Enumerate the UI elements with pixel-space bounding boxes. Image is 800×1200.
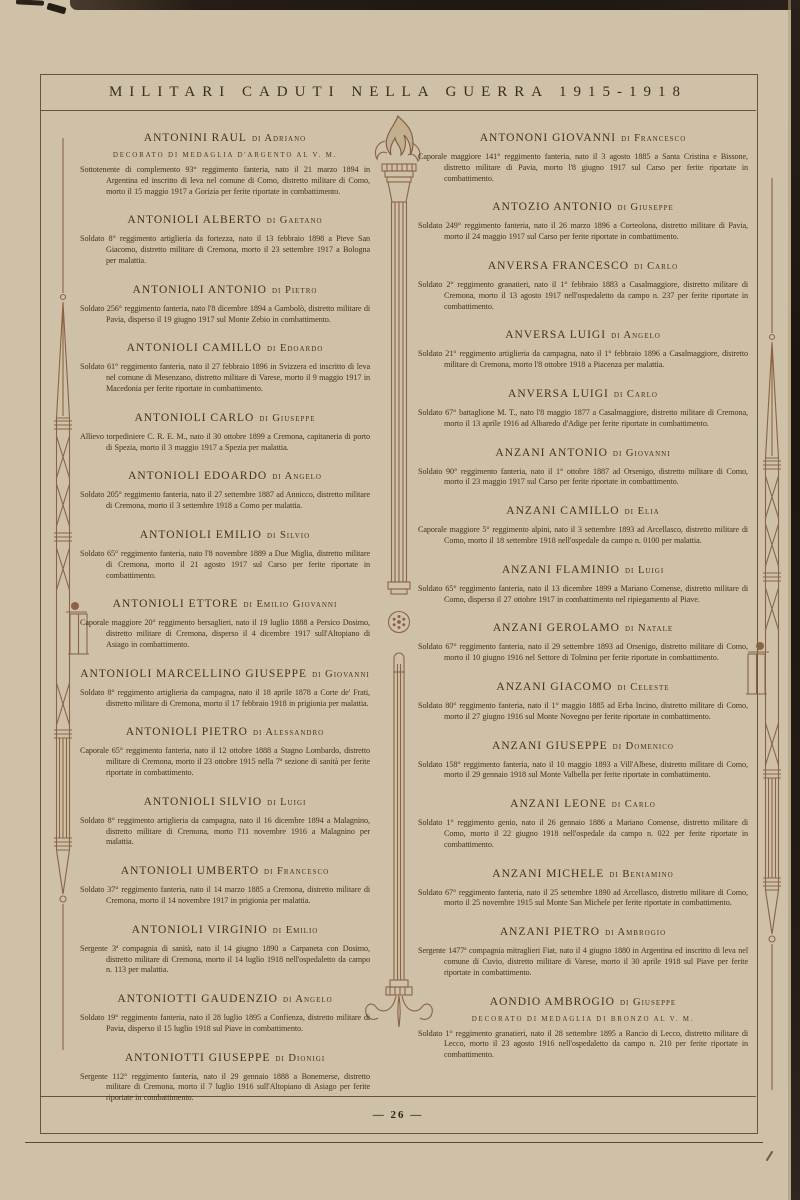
soldier-record-text: Soldato 205° reggimento fanteria, nato i… [80, 490, 370, 512]
soldier-name-heading: ANTONIOLI PIETROdi Alessandro [80, 722, 370, 740]
soldier-patronymic: di Giuseppe [259, 413, 315, 424]
soldier-patronymic: di Adriano [252, 133, 306, 144]
soldier-entry: ANTONIOLI ALBERTOdi GaetanoSoldato 8° re… [80, 210, 370, 266]
soldier-entry: ANTONONI GIOVANNIdi FrancescoCaporale ma… [418, 128, 748, 184]
soldier-name-heading: ANTONIOLI ALBERTOdi Gaetano [80, 210, 370, 228]
soldier-name-heading: ANZANI GEROLAMOdi Natale [418, 618, 748, 636]
soldier-patronymic: di Ambrogio [605, 927, 666, 938]
soldier-patronymic: di Angelo [272, 471, 322, 482]
page-number: — 26 — [373, 1109, 424, 1121]
soldier-name-heading: ANTONIOLI CARLOdi Giuseppe [80, 408, 370, 426]
soldier-record-text: Caporale 65° reggimento fanteria, nato i… [80, 746, 370, 778]
soldier-patronymic: di Giovanni [312, 669, 370, 680]
soldier-record-text: Caporale maggiore 5° reggimento alpini, … [418, 525, 748, 547]
soldier-entry: ANTONIOLI MARCELLINO GIUSEPPEdi Giovanni… [80, 664, 370, 710]
soldier-patronymic: di Edoardo [267, 343, 323, 354]
soldier-record-text: Sergente 3ª compagnia di sanità, nato il… [80, 944, 370, 976]
soldier-record-text: Soldato 61° reggimento fanteria, nato il… [80, 362, 370, 394]
soldier-patronymic: di Giuseppe [620, 997, 676, 1008]
soldier-name: ANZANI GIUSEPPE [492, 740, 608, 752]
soldier-record-text: Soldato 67° reggimento fanteria, nato il… [418, 642, 748, 664]
soldier-record-text: Soldato 8° reggimento artiglieria da cam… [80, 816, 370, 848]
soldier-name: ANTONIOLI ANTONIO [133, 284, 267, 296]
soldier-record-text: Soldato 90° reggimento fanteria, nato il… [418, 467, 748, 489]
soldier-name-heading: ANZANI PIETROdi Ambrogio [418, 922, 748, 940]
soldier-patronymic: di Silvio [267, 530, 310, 541]
soldier-entry: ANTONIOLI CAMILLOdi EdoardoSoldato 61° r… [80, 338, 370, 394]
soldier-entry: ANVERSA LUIGIdi AngeloSoldato 21° reggim… [418, 325, 748, 371]
soldier-name-heading: AONDIO AMBROGIOdi Giuseppe [418, 992, 748, 1010]
soldier-record-text: Soldato 67° reggimento fanteria, nato il… [418, 888, 748, 910]
soldier-patronymic: di Natale [625, 623, 673, 634]
soldier-record-text: Soldato 21° reggimento artiglieria da ca… [418, 349, 748, 371]
soldier-patronymic: di Elia [625, 506, 660, 517]
soldier-name-heading: ANTONIOLI VIRGINIOdi Emilio [80, 920, 370, 938]
soldier-name-heading: ANVERSA LUIGIdi Angelo [418, 325, 748, 343]
page-title: MILITARI CADUTI NELLA GUERRA 1915-1918 [109, 84, 687, 101]
soldier-name: ANZANI LEONE [510, 798, 607, 810]
soldier-name-heading: ANTONIOLI ANTONIOdi Pietro [80, 280, 370, 298]
soldier-patronymic: di Dionigi [275, 1053, 325, 1064]
soldier-entry: ANTONIOLI ANTONIOdi PietroSoldato 256° r… [80, 280, 370, 326]
soldier-record-text: Soldato 8° reggimento artiglieria da for… [80, 234, 370, 266]
soldier-name: ANTONIOLI VIRGINIO [132, 924, 268, 936]
soldier-patronymic: di Giovanni [613, 448, 671, 459]
soldier-patronymic: di Gaetano [267, 215, 323, 226]
scanned-book-page: { "page": { "title": "MILITARI CADUTI NE… [0, 0, 800, 1200]
header-band: MILITARI CADUTI NELLA GUERRA 1915-1918 [40, 74, 756, 111]
soldier-name-heading: ANTONIOLI ETTOREdi Emilio Giovanni [80, 594, 370, 612]
soldier-name: ANTONIOLI MARCELLINO GIUSEPPE [80, 668, 307, 680]
soldier-record-text: Caporale maggiore 141° reggimento fanter… [418, 152, 748, 184]
soldier-entry: ANTONINI RAULdi AdrianoDECORATO DI MEDAG… [80, 128, 370, 197]
soldier-name: ANZANI FLAMINIO [502, 564, 620, 576]
soldier-entry: ANTONIOLI EDOARDOdi AngeloSoldato 205° r… [80, 466, 370, 512]
soldier-name: ANTONIOLI ETTORE [113, 598, 239, 610]
soldier-patronymic: di Francesco [621, 133, 686, 144]
soldier-record-text: Soldato 19° reggimento fanteria, nato il… [80, 1013, 370, 1035]
soldier-name: ANTONIOLI SILVIO [144, 796, 263, 808]
soldier-patronymic: di Carlo [614, 389, 658, 400]
soldier-record-text: Soldato 249° reggimento fanteria, nato i… [418, 221, 748, 243]
soldier-name: ANTONINI RAUL [144, 132, 247, 144]
soldier-name: ANTONIOLI CAMILLO [127, 342, 262, 354]
soldier-record-text: Soldato 67° battaglione M. T., nato l'8 … [418, 408, 748, 430]
soldier-name: ANZANI MICHELE [492, 868, 604, 880]
soldier-entry: ANTONIOLI UMBERTOdi FrancescoSoldato 37°… [80, 861, 370, 907]
soldier-patronymic: di Carlo [612, 799, 656, 810]
soldier-record-text: Soldato 1° reggimento genio, nato il 26 … [418, 818, 748, 850]
soldier-name-heading: ANZANI LEONEdi Carlo [418, 794, 748, 812]
soldier-entry: AONDIO AMBROGIOdi GiuseppeDECORATO DI ME… [418, 992, 748, 1061]
soldier-entry: ANTONIOLI VIRGINIOdi EmilioSergente 3ª c… [80, 920, 370, 976]
soldier-record-text: Soldato 65° reggimento fanteria, nato il… [418, 584, 748, 606]
soldier-name: AONDIO AMBROGIO [490, 996, 615, 1008]
soldier-entry: ANTONIOLI SILVIOdi LuigiSoldato 8° reggi… [80, 792, 370, 848]
soldier-record-text: Soldato 37° reggimento fanteria, nato il… [80, 885, 370, 907]
soldier-name-heading: ANZANI MICHELEdi Beniamino [418, 864, 748, 882]
soldier-name: ANZANI GEROLAMO [493, 622, 620, 634]
soldier-patronymic: di Angelo [611, 330, 661, 341]
soldier-name-heading: ANTONIOLI SILVIOdi Luigi [80, 792, 370, 810]
outer-bottom-rule [25, 1142, 763, 1143]
scan-dark-right-edge [791, 0, 800, 1200]
soldier-record-text: Soldato 256° reggimento fanteria, nato l… [80, 304, 370, 326]
soldier-record-text: Sergente 1477ª compagnia mitraglieri Fia… [418, 946, 748, 978]
soldier-name-heading: ANVERSA FRANCESCOdi Carlo [418, 256, 748, 274]
soldier-entry: ANZANI LEONEdi CarloSoldato 1° reggiment… [418, 794, 748, 850]
soldier-name: ANVERSA LUIGI [508, 388, 609, 400]
soldier-name-heading: ANZANI GIUSEPPEdi Domenico [418, 736, 748, 754]
soldier-name: ANTONIOLI UMBERTO [121, 865, 259, 877]
soldier-name: ANZANI GIACOMO [496, 681, 612, 693]
left-text-column: ANTONINI RAULdi AdrianoDECORATO DI MEDAG… [80, 128, 370, 1117]
soldier-entry: ANTONIOLI CARLOdi GiuseppeAllievo torped… [80, 408, 370, 454]
soldier-entry: ANTONIOLI ETTOREdi Emilio GiovanniCapora… [80, 594, 370, 650]
soldier-name-heading: ANTONINI RAULdi Adriano [80, 128, 370, 146]
soldier-name: ANZANI ANTONIO [495, 447, 608, 459]
soldier-entry: ANVERSA LUIGIdi CarloSoldato 67° battagl… [418, 384, 748, 430]
medal-decoration-line: DECORATO DI MEDAGLIA DI BRONZO AL V. M. [418, 1015, 748, 1023]
soldier-name-heading: ANZANI ANTONIOdi Giovanni [418, 443, 748, 461]
soldier-name-heading: ANTONIOLI EDOARDOdi Angelo [80, 466, 370, 484]
soldier-record-text: Sergente 112° reggimento fanteria, nato … [80, 1072, 370, 1104]
soldier-entry: ANZANI PIETROdi AmbrogioSergente 1477ª c… [418, 922, 748, 978]
soldier-name: ANZANI CAMILLO [506, 505, 619, 517]
soldier-patronymic: di Emilio Giovanni [243, 599, 337, 610]
soldier-name-heading: ANZANI GIACOMOdi Celeste [418, 677, 748, 695]
soldier-record-text: Allievo torpediniere C. R. E. M., nato i… [80, 432, 370, 454]
soldier-patronymic: di Domenico [613, 741, 674, 752]
soldier-name-heading: ANZANI CAMILLOdi Elia [418, 501, 748, 519]
soldier-name-heading: ANTONIOTTI GIUSEPPEdi Dionigi [80, 1048, 370, 1066]
soldier-patronymic: di Giuseppe [618, 202, 674, 213]
soldier-name-heading: ANTONONI GIOVANNIdi Francesco [418, 128, 748, 146]
soldier-entry: ANZANI FLAMINIOdi LuigiSoldato 65° reggi… [418, 560, 748, 606]
soldier-name-heading: ANTONIOLI EMILIOdi Silvio [80, 525, 370, 543]
soldier-name-heading: ANTONIOTTI GAUDENZIOdi Angelo [80, 989, 370, 1007]
soldier-name-heading: ANTOZIO ANTONIOdi Giuseppe [418, 197, 748, 215]
soldier-entry: ANTONIOLI PIETROdi AlessandroCaporale 65… [80, 722, 370, 778]
soldier-record-text: Soldato 1° reggimento granatieri, nato i… [418, 1029, 748, 1061]
soldier-entry: ANTOZIO ANTONIOdi GiuseppeSoldato 249° r… [418, 197, 748, 243]
soldier-name: ANTOZIO ANTONIO [492, 201, 612, 213]
soldier-name: ANTONIOLI EMILIO [140, 529, 262, 541]
soldier-record-text: Soldato 158° reggimento fanteria, nato i… [418, 760, 748, 782]
soldier-name-heading: ANTONIOLI MARCELLINO GIUSEPPEdi Giovanni [80, 664, 370, 682]
medal-decoration-line: DECORATO DI MEDAGLIA D'ARGENTO AL V. M. [80, 151, 370, 159]
soldier-record-text: Caporale maggiore 20° reggimento bersagl… [80, 618, 370, 650]
soldier-patronymic: di Emilio [273, 925, 319, 936]
soldier-patronymic: di Celeste [617, 682, 669, 693]
page-curl-shadow [788, 0, 791, 1200]
soldier-entry: ANZANI MICHELEdi BeniaminoSoldato 67° re… [418, 864, 748, 910]
soldier-record-text: Soldato 2° reggimento granatieri, nato i… [418, 280, 748, 312]
soldier-record-text: Soldato 80° reggimento fanteria, nato il… [418, 701, 748, 723]
soldier-name: ANTONIOLI PIETRO [126, 726, 248, 738]
soldier-record-text: Soldato 8° reggimento artiglieria da cam… [80, 688, 370, 710]
soldier-name-heading: ANVERSA LUIGIdi Carlo [418, 384, 748, 402]
soldier-patronymic: di Francesco [264, 866, 329, 877]
soldier-entry: ANTONIOTTI GIUSEPPEdi DionigiSergente 11… [80, 1048, 370, 1104]
soldier-name: ANZANI PIETRO [500, 926, 600, 938]
soldier-name: ANTONIOTTI GIUSEPPE [125, 1052, 271, 1064]
soldier-name: ANTONIOLI EDOARDO [128, 470, 267, 482]
soldier-entry: ANTONIOLI EMILIOdi SilvioSoldato 65° reg… [80, 525, 370, 581]
soldier-record-text: Sottotenente di complemento 93° reggimen… [80, 165, 370, 197]
scan-dark-top-edge [70, 0, 800, 10]
soldier-name: ANVERSA LUIGI [505, 329, 606, 341]
soldier-record-text: Soldato 65° reggimento fanteria, nato l'… [80, 549, 370, 581]
soldier-name: ANVERSA FRANCESCO [488, 260, 629, 272]
soldier-patronymic: di Carlo [634, 261, 678, 272]
soldier-patronymic: di Beniamino [609, 869, 673, 880]
soldier-patronymic: di Luigi [267, 797, 306, 808]
soldier-patronymic: di Pietro [272, 285, 317, 296]
soldier-entry: ANZANI GEROLAMOdi NataleSoldato 67° regg… [418, 618, 748, 664]
soldier-entry: ANTONIOTTI GAUDENZIOdi AngeloSoldato 19°… [80, 989, 370, 1035]
soldier-entry: ANVERSA FRANCESCOdi CarloSoldato 2° regg… [418, 256, 748, 312]
soldier-entry: ANZANI GIACOMOdi CelesteSoldato 80° regg… [418, 677, 748, 723]
soldier-name-heading: ANTONIOLI CAMILLOdi Edoardo [80, 338, 370, 356]
soldier-name-heading: ANZANI FLAMINIOdi Luigi [418, 560, 748, 578]
soldier-patronymic: di Luigi [625, 565, 664, 576]
soldier-name: ANTONONI GIOVANNI [480, 132, 616, 144]
right-text-column: ANTONONI GIOVANNIdi FrancescoCaporale ma… [418, 128, 748, 1074]
soldier-patronymic: di Angelo [283, 994, 333, 1005]
soldier-entry: ANZANI CAMILLOdi EliaCaporale maggiore 5… [418, 501, 748, 547]
soldier-name: ANTONIOTTI GAUDENZIO [117, 993, 278, 1005]
soldier-name: ANTONIOLI ALBERTO [127, 214, 261, 226]
soldier-name: ANTONIOLI CARLO [134, 412, 254, 424]
soldier-patronymic: di Alessandro [253, 727, 324, 738]
soldier-entry: ANZANI ANTONIOdi GiovanniSoldato 90° reg… [418, 443, 748, 489]
soldier-name-heading: ANTONIOLI UMBERTOdi Francesco [80, 861, 370, 879]
soldier-entry: ANZANI GIUSEPPEdi DomenicoSoldato 158° r… [418, 736, 748, 782]
